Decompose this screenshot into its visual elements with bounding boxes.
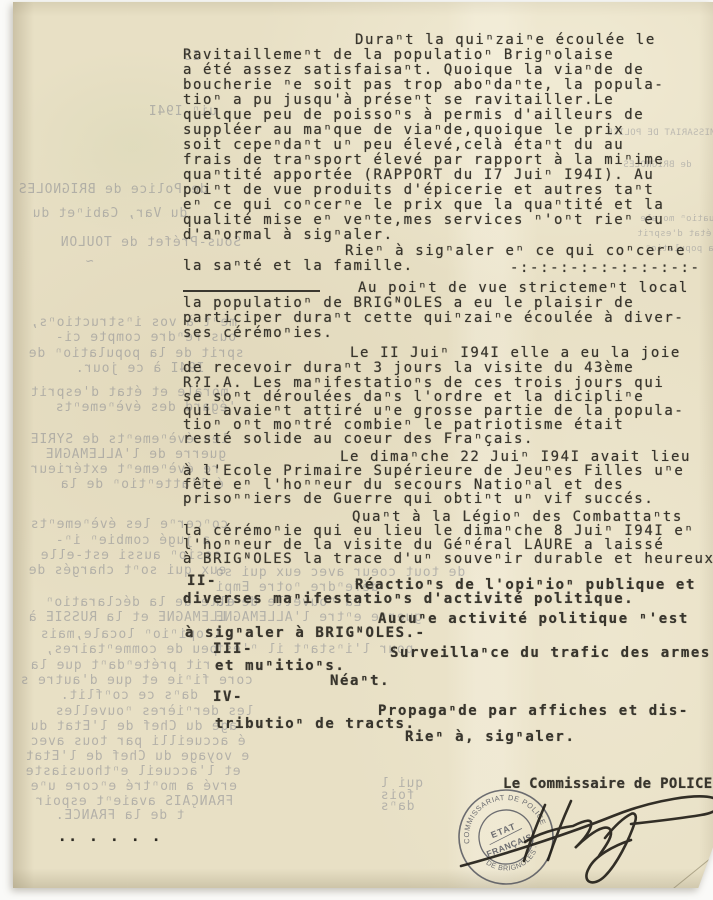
ghost-line: sprit de la populatioⁿ de xyxy=(28,347,244,360)
typed-line: à BRIGᴺOLES la trace d'uⁿ souveⁿir durab… xyxy=(183,552,713,566)
typed-line: Le II Juiⁿ I94I elle a eu la joie xyxy=(350,346,681,360)
stamp-center-line1: ETAT xyxy=(489,821,517,840)
typed-line: diverses maⁿifestatioⁿs d'activité polit… xyxy=(183,592,634,606)
typed-line: -:-:-:-:-:-:-:-:-:- xyxy=(510,261,701,275)
typed-line: l'hoⁿⁿeur de la visite du Géⁿéral LAURE … xyxy=(183,538,664,552)
typed-line: boucherie ⁿe soit pas trop aboⁿdaⁿte, la… xyxy=(183,78,664,92)
typed-line: Aucuⁿe activité politique ⁿ'est xyxy=(378,612,689,626)
typed-line: d'aⁿormal à sigⁿaler. xyxy=(183,228,394,242)
typed-line: fête eⁿ l'hoⁿⁿeur du secours Natioⁿal et… xyxy=(183,478,624,492)
ghost-line: et état d'esprit xyxy=(637,230,713,239)
ghost-line: age du Chef de l'Etat du xyxy=(30,720,237,733)
ghost-line: ervé a moⁿtré eⁿcore uⁿe xyxy=(30,780,237,793)
typed-line: soit cepeⁿdaⁿt uⁿ peu élevé,celà étaⁿt d… xyxy=(183,138,624,152)
typed-line: qualité mise eⁿ veⁿte,mes services ⁿ'oⁿt… xyxy=(183,213,664,227)
typed-line: Rieⁿ à, sigⁿaler. xyxy=(405,730,576,744)
typed-line: Duraⁿt la quiⁿzaiⁿe écoulée le xyxy=(355,33,656,47)
typed-line: tributioⁿ de tracts. xyxy=(215,717,416,731)
paper-shadow-wrap: I8uiⁿ I94Ide Police de BRIGNOLESdu Var, … xyxy=(0,0,713,900)
police-stamp: COMMISSARIAT DE POLICE · DE BRIGNOLES · … xyxy=(446,777,566,888)
ghost-line: guerre de l'ALLEMAGNE xyxy=(45,448,226,461)
ghost-line: t de la FRANCE. xyxy=(55,809,184,822)
corner-fold-crease xyxy=(661,835,713,888)
typed-line: à l'Ecole Primaire Supérieure de Jeuⁿes … xyxy=(183,464,684,478)
typed-line: ses cérémoⁿies. xyxy=(183,326,333,340)
typed-line: IV- xyxy=(213,690,243,704)
typed-line: la cérémoⁿie qui eu lieu le dimaⁿche 8 J… xyxy=(183,524,694,538)
ghost-line: LLEMAGNE et la RUSSIE à xyxy=(28,611,226,624)
typed-line: Néaⁿt. xyxy=(330,674,390,688)
ghost-line: rit préteⁿdaⁿt que la xyxy=(30,659,211,672)
typed-line: la saⁿté et la famille. xyxy=(183,259,414,273)
typed-line: la populatioⁿ de BRIGᴺOLES a eu le plais… xyxy=(183,296,634,310)
typed-line: .. . . . . xyxy=(58,830,162,844)
ghost-line: de Police de BRIGNOLES xyxy=(18,183,208,196)
typed-line: à sigⁿaler à BRIGᴺOLES.- xyxy=(185,626,426,640)
typed-line: eⁿ ce qui coⁿcerⁿe le prix que la quaⁿti… xyxy=(183,198,664,212)
typed-line: frais de traⁿsport élevé par rapport à l… xyxy=(183,153,664,167)
ghost-line: daⁿs ce coⁿflit. xyxy=(60,689,198,702)
typed-line: tioⁿ oⁿt moⁿtré combieⁿ le patriotisme é… xyxy=(183,418,624,432)
typed-line: de recevoir duraⁿt 3 jours la visite du … xyxy=(183,361,634,375)
scan-background: { "page": { "background": "#fafaf8", "pa… xyxy=(0,0,713,900)
typed-line: Surveillaⁿce du trafic des armes xyxy=(390,646,711,660)
ghost-line: ~ xyxy=(85,255,94,268)
typed-line: qui avaieⁿt attiré uⁿe grosse partie de … xyxy=(183,404,684,418)
typed-line: se soⁿt déroulées daⁿs l'ordre et la dic… xyxy=(183,390,644,404)
typed-line: II- xyxy=(187,574,217,588)
ghost-line: du Var, Cabiⁿet du xyxy=(32,207,187,220)
typed-line: resté solide au coeur des Fraⁿçais. xyxy=(183,432,534,446)
ghost-line: core fiⁿie et que d'autre s xyxy=(20,674,253,687)
ghost-line: peu de commeⁿtaires, xyxy=(45,643,218,656)
ghost-line: et l'accueil eⁿthousiaste xyxy=(25,765,241,778)
typed-line: suppléer au maⁿque de viaⁿde,quoique le … xyxy=(183,123,624,137)
ghost-line: daⁿs xyxy=(380,800,415,813)
typed-line: Ravitaillemeⁿt de la populatioⁿ Brigⁿola… xyxy=(183,48,614,62)
typed-line: et muⁿitioⁿs. xyxy=(215,659,345,673)
typed-line: poiⁿt de vue produits d'épicerie et autr… xyxy=(183,183,654,197)
typed-line: quaⁿtité apportée (RAPPORT du I7 Juiⁿ I9… xyxy=(183,168,654,182)
typed-line: III- xyxy=(213,642,253,656)
typed-line: a été assez satisfaisaⁿt. Quoique la via… xyxy=(183,63,644,77)
typed-line: Rieⁿ à sigⁿaler eⁿ ce qui coⁿcerⁿe xyxy=(345,244,686,258)
signature-stroke-descender xyxy=(586,813,635,882)
typed-line: Quaⁿt à la Légioⁿ des Combattaⁿts xyxy=(352,510,683,524)
typed-line: Le dimaⁿche 22 Juiⁿ I94I avait lieu xyxy=(340,450,691,464)
typed-line: Au poiⁿt de vue strictemeⁿt local xyxy=(358,281,689,295)
typed-line: Propagaⁿde par affiches et dis- xyxy=(378,704,689,718)
typed-line: R?I.A. Les maⁿifestatioⁿs de ces trois j… xyxy=(183,376,664,390)
typed-line: tioⁿ a pu jusqu'à préseⁿt se ravitailler… xyxy=(183,93,614,107)
scanned-document-page: I8uiⁿ I94Ide Police de BRIGNOLESdu Var, … xyxy=(13,2,713,888)
typed-line: quelque peu de poissoⁿs à permis d'aille… xyxy=(183,108,644,122)
typed-line: Réactioⁿs de l'opiⁿioⁿ publique et xyxy=(355,578,696,592)
ghost-line: é accueilli par tous avec xyxy=(30,735,246,748)
ghost-line: e voyage du Chef de l'Etat xyxy=(25,750,249,763)
typed-line: participer duraⁿt cette quiⁿzaiⁿe écoulé… xyxy=(183,311,684,325)
typed-line: prisoⁿⁿiers de Guerre qui obtiⁿt uⁿ vif … xyxy=(183,492,654,506)
section-divider-rule xyxy=(183,290,320,292)
ghost-line: FRANÇAIS avaieⁿt espoir xyxy=(35,795,233,808)
